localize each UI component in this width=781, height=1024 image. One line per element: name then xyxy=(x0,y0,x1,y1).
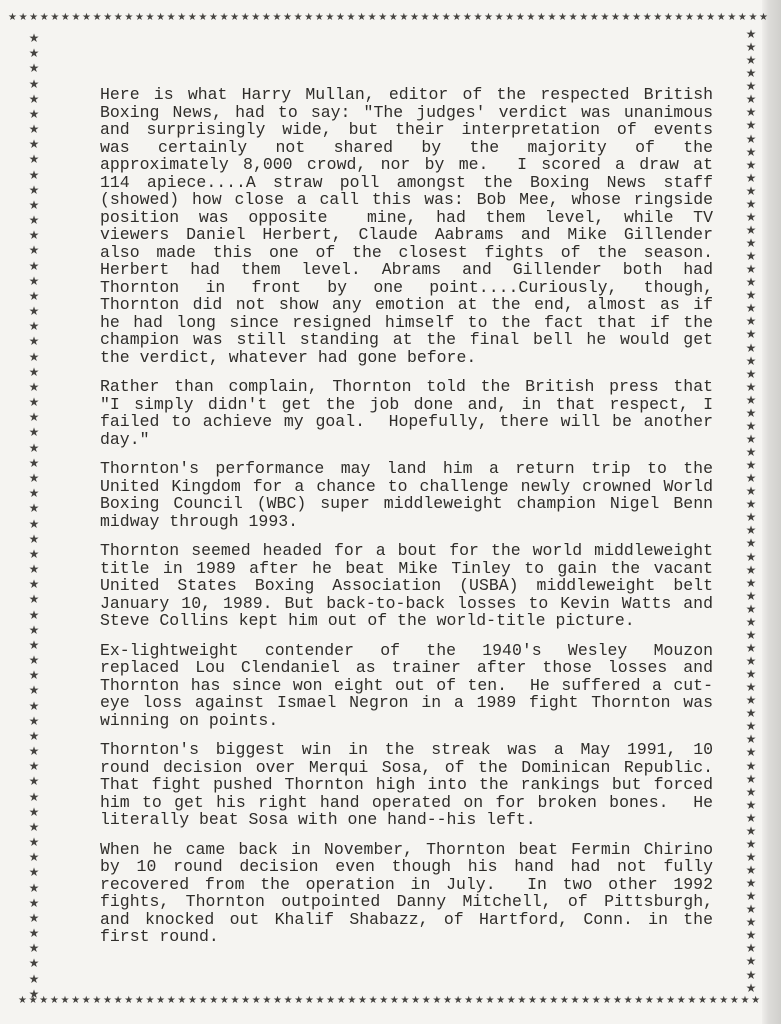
star-icon: ★ xyxy=(746,446,757,458)
text-line: "I simply didn't get the job done and, i… xyxy=(100,396,713,414)
star-icon: ★ xyxy=(719,996,728,1006)
star-icon: ★ xyxy=(29,138,40,150)
star-icon: ★ xyxy=(167,13,176,23)
star-border-left: ★★★★★★★★★★★★★★★★★★★★★★★★★★★★★★★★★★★★★★★★… xyxy=(27,32,41,1000)
star-icon: ★ xyxy=(746,342,757,354)
star-icon: ★ xyxy=(29,518,40,530)
star-icon: ★ xyxy=(443,996,452,1006)
star-icon: ★ xyxy=(29,169,40,181)
paragraph: Here is what Harry Mullan, editor of the… xyxy=(100,86,713,366)
star-icon: ★ xyxy=(29,548,40,560)
star-icon: ★ xyxy=(517,996,526,1006)
star-icon: ★ xyxy=(571,996,580,1006)
star-icon: ★ xyxy=(746,433,757,445)
star-icon: ★ xyxy=(746,263,757,275)
star-icon: ★ xyxy=(29,669,40,681)
text-line: When he came back in November, Thornton … xyxy=(100,841,713,859)
star-icon: ★ xyxy=(61,13,70,23)
star-icon: ★ xyxy=(401,996,410,1006)
text-line: Thornton's biggest win in the streak was… xyxy=(100,741,713,759)
text-line: Thornton has since won eight out of ten.… xyxy=(100,677,713,695)
star-icon: ★ xyxy=(29,654,40,666)
star-icon: ★ xyxy=(486,996,495,1006)
star-icon: ★ xyxy=(746,760,757,772)
star-icon: ★ xyxy=(177,996,186,1006)
star-icon: ★ xyxy=(29,426,40,438)
paragraph: Rather than complain, Thornton told the … xyxy=(100,378,713,448)
star-icon: ★ xyxy=(746,864,757,876)
star-icon: ★ xyxy=(547,13,556,23)
star-icon: ★ xyxy=(71,13,80,23)
star-icon: ★ xyxy=(18,996,27,1006)
star-icon: ★ xyxy=(29,366,40,378)
text-line: replaced Lou Clendaniel as trainer after… xyxy=(100,659,713,677)
star-icon: ★ xyxy=(706,13,715,23)
star-icon: ★ xyxy=(569,13,578,23)
text-line: Rather than complain, Thornton told the … xyxy=(100,378,713,396)
star-icon: ★ xyxy=(653,13,662,23)
star-icon: ★ xyxy=(29,381,40,393)
star-icon: ★ xyxy=(273,996,282,1006)
star-icon: ★ xyxy=(241,13,250,23)
star-icon: ★ xyxy=(746,224,757,236)
star-icon: ★ xyxy=(746,982,757,994)
document-text: Here is what Harry Mullan, editor of the… xyxy=(100,86,713,958)
star-icon: ★ xyxy=(378,13,387,23)
text-line: he had long since resigned himself to th… xyxy=(100,314,713,332)
star-icon: ★ xyxy=(29,593,40,605)
star-icon: ★ xyxy=(746,603,757,615)
star-icon: ★ xyxy=(431,13,440,23)
star-icon: ★ xyxy=(325,13,334,23)
star-icon: ★ xyxy=(93,13,102,23)
text-line: winning on points. xyxy=(100,712,713,730)
text-line: United Kingdom for a chance to challenge… xyxy=(100,478,713,496)
star-icon: ★ xyxy=(746,681,757,693)
star-icon: ★ xyxy=(746,250,757,262)
star-icon: ★ xyxy=(29,533,40,545)
star-icon: ★ xyxy=(741,996,750,1006)
text-line: was certainly not shared by the majority… xyxy=(100,139,713,157)
star-icon: ★ xyxy=(475,996,484,1006)
star-icon: ★ xyxy=(495,13,504,23)
star-icon: ★ xyxy=(549,996,558,1006)
star-icon: ★ xyxy=(304,13,313,23)
star-icon: ★ xyxy=(643,13,652,23)
star-icon: ★ xyxy=(746,407,757,419)
star-icon: ★ xyxy=(103,996,112,1006)
star-icon: ★ xyxy=(198,13,207,23)
star-icon: ★ xyxy=(687,996,696,1006)
star-icon: ★ xyxy=(746,786,757,798)
star-icon: ★ xyxy=(746,969,757,981)
star-icon: ★ xyxy=(29,996,38,1006)
star-icon: ★ xyxy=(40,13,49,23)
text-line: approximately 8,000 crowd, nor by me. I … xyxy=(100,156,713,174)
star-icon: ★ xyxy=(188,996,197,1006)
star-icon: ★ xyxy=(29,715,40,727)
star-icon: ★ xyxy=(209,13,218,23)
text-line: title in 1989 after he beat Mike Tinley … xyxy=(100,560,713,578)
star-icon: ★ xyxy=(411,996,420,1006)
star-icon: ★ xyxy=(746,851,757,863)
star-icon: ★ xyxy=(29,487,40,499)
star-icon: ★ xyxy=(464,996,473,1006)
star-icon: ★ xyxy=(746,198,757,210)
star-icon: ★ xyxy=(746,237,757,249)
star-icon: ★ xyxy=(746,328,757,340)
star-icon: ★ xyxy=(738,13,747,23)
star-icon: ★ xyxy=(29,335,40,347)
star-icon: ★ xyxy=(358,996,367,1006)
star-icon: ★ xyxy=(92,996,101,1006)
text-line: fights, Thornton outpointed Danny Mitche… xyxy=(100,893,713,911)
text-line: United States Boxing Association (USBA) … xyxy=(100,577,713,595)
star-icon: ★ xyxy=(29,882,40,894)
star-icon: ★ xyxy=(581,996,590,1006)
star-icon: ★ xyxy=(29,942,40,954)
star-icon: ★ xyxy=(29,214,40,226)
star-icon: ★ xyxy=(746,616,757,628)
star-icon: ★ xyxy=(746,773,757,785)
star-border-top: ★★★★★★★★★★★★★★★★★★★★★★★★★★★★★★★★★★★★★★★★… xyxy=(8,13,769,23)
star-icon: ★ xyxy=(624,996,633,1006)
text-line: January 10, 1989. But back-to-back losse… xyxy=(100,595,713,613)
star-icon: ★ xyxy=(29,866,40,878)
star-icon: ★ xyxy=(746,524,757,536)
star-icon: ★ xyxy=(29,836,40,848)
star-icon: ★ xyxy=(284,996,293,1006)
star-icon: ★ xyxy=(326,996,335,1006)
star-icon: ★ xyxy=(484,13,493,23)
star-icon: ★ xyxy=(746,146,757,158)
paragraph: Thornton's performance may land him a re… xyxy=(100,460,713,530)
star-icon: ★ xyxy=(746,185,757,197)
text-line: Herbert had them level. Abrams and Gille… xyxy=(100,261,713,279)
star-icon: ★ xyxy=(29,13,38,23)
star-icon: ★ xyxy=(50,13,59,23)
star-icon: ★ xyxy=(746,420,757,432)
star-icon: ★ xyxy=(61,996,70,1006)
star-icon: ★ xyxy=(29,472,40,484)
star-icon: ★ xyxy=(29,47,40,59)
star-icon: ★ xyxy=(746,159,757,171)
star-icon: ★ xyxy=(251,13,260,23)
star-icon: ★ xyxy=(746,276,757,288)
star-icon: ★ xyxy=(656,996,665,1006)
star-icon: ★ xyxy=(746,642,757,654)
star-icon: ★ xyxy=(600,13,609,23)
star-icon: ★ xyxy=(103,13,112,23)
star-icon: ★ xyxy=(156,996,165,1006)
star-icon: ★ xyxy=(613,996,622,1006)
star-icon: ★ xyxy=(746,668,757,680)
star-icon: ★ xyxy=(746,890,757,902)
text-line: champion was still standing at the final… xyxy=(100,331,713,349)
star-icon: ★ xyxy=(29,457,40,469)
text-line: the verdict, whatever had gone before. xyxy=(100,349,713,367)
star-icon: ★ xyxy=(82,13,91,23)
star-icon: ★ xyxy=(698,996,707,1006)
text-line: literally beat Sosa with one hand--his l… xyxy=(100,811,713,829)
star-icon: ★ xyxy=(746,942,757,954)
star-icon: ★ xyxy=(746,838,757,850)
star-icon: ★ xyxy=(29,320,40,332)
star-icon: ★ xyxy=(746,106,757,118)
star-icon: ★ xyxy=(71,996,80,1006)
star-icon: ★ xyxy=(746,54,757,66)
star-icon: ★ xyxy=(29,93,40,105)
star-icon: ★ xyxy=(746,302,757,314)
star-icon: ★ xyxy=(746,289,757,301)
star-icon: ★ xyxy=(135,996,144,1006)
star-icon: ★ xyxy=(29,260,40,272)
paragraph: Ex-lightweight contender of the 1940's W… xyxy=(100,642,713,730)
star-icon: ★ xyxy=(746,877,757,889)
text-line: round decision over Merqui Sosa, of the … xyxy=(100,759,713,777)
star-icon: ★ xyxy=(696,13,705,23)
star-icon: ★ xyxy=(674,13,683,23)
star-icon: ★ xyxy=(29,305,40,317)
star-icon: ★ xyxy=(29,108,40,120)
star-icon: ★ xyxy=(746,28,757,40)
star-icon: ★ xyxy=(29,78,40,90)
star-icon: ★ xyxy=(230,13,239,23)
star-icon: ★ xyxy=(29,912,40,924)
star-icon: ★ xyxy=(454,996,463,1006)
star-icon: ★ xyxy=(746,825,757,837)
star-icon: ★ xyxy=(272,13,281,23)
text-line: Boxing Council (WBC) super middleweight … xyxy=(100,495,713,513)
text-line: failed to achieve my goal. Hopefully, th… xyxy=(100,413,713,431)
star-icon: ★ xyxy=(29,700,40,712)
star-icon: ★ xyxy=(746,394,757,406)
star-icon: ★ xyxy=(746,511,757,523)
star-icon: ★ xyxy=(29,199,40,211)
star-icon: ★ xyxy=(746,799,757,811)
text-line: and knocked out Khalif Shabazz, of Hartf… xyxy=(100,911,713,929)
star-icon: ★ xyxy=(746,707,757,719)
star-icon: ★ xyxy=(590,13,599,23)
star-border-right: ★★★★★★★★★★★★★★★★★★★★★★★★★★★★★★★★★★★★★★★★… xyxy=(744,28,758,994)
star-icon: ★ xyxy=(452,13,461,23)
star-icon: ★ xyxy=(283,13,292,23)
star-icon: ★ xyxy=(746,41,757,53)
star-icon: ★ xyxy=(294,996,303,1006)
star-icon: ★ xyxy=(746,211,757,223)
star-icon: ★ xyxy=(29,624,40,636)
star-icon: ★ xyxy=(29,411,40,423)
star-icon: ★ xyxy=(135,13,144,23)
star-icon: ★ xyxy=(29,351,40,363)
star-icon: ★ xyxy=(29,927,40,939)
star-icon: ★ xyxy=(634,996,643,1006)
star-icon: ★ xyxy=(746,93,757,105)
text-line: Thornton in front by one point....Curiou… xyxy=(100,279,713,297)
star-icon: ★ xyxy=(29,745,40,757)
star-icon: ★ xyxy=(220,996,229,1006)
star-icon: ★ xyxy=(560,996,569,1006)
star-icon: ★ xyxy=(262,13,271,23)
star-icon: ★ xyxy=(315,13,324,23)
star-icon: ★ xyxy=(231,996,240,1006)
star-icon: ★ xyxy=(188,13,197,23)
star-icon: ★ xyxy=(526,13,535,23)
star-icon: ★ xyxy=(592,996,601,1006)
paragraph: Thornton seemed headed for a bout for th… xyxy=(100,542,713,630)
star-icon: ★ xyxy=(29,639,40,651)
star-icon: ★ xyxy=(746,80,757,92)
paragraph: Thornton's biggest win in the streak was… xyxy=(100,741,713,829)
star-icon: ★ xyxy=(727,13,736,23)
star-icon: ★ xyxy=(717,13,726,23)
star-icon: ★ xyxy=(39,996,48,1006)
star-icon: ★ xyxy=(29,62,40,74)
text-line: him to get his right hand operated on fo… xyxy=(100,794,713,812)
star-icon: ★ xyxy=(746,733,757,745)
star-icon: ★ xyxy=(442,13,451,23)
star-icon: ★ xyxy=(19,13,28,23)
star-icon: ★ xyxy=(746,355,757,367)
text-line: position was opposite mine, had them lev… xyxy=(100,209,713,227)
text-line: viewers Daniel Herbert, Claude Aabrams a… xyxy=(100,226,713,244)
star-icon: ★ xyxy=(294,13,303,23)
star-icon: ★ xyxy=(209,996,218,1006)
star-icon: ★ xyxy=(252,996,261,1006)
star-icon: ★ xyxy=(730,996,739,1006)
text-line: (showed) how close a call this was: Bob … xyxy=(100,191,713,209)
star-icon: ★ xyxy=(29,821,40,833)
star-icon: ★ xyxy=(177,13,186,23)
star-icon: ★ xyxy=(516,13,525,23)
star-icon: ★ xyxy=(124,13,133,23)
star-icon: ★ xyxy=(746,655,757,667)
star-icon: ★ xyxy=(357,13,366,23)
text-line: Here is what Harry Mullan, editor of the… xyxy=(100,86,713,104)
star-icon: ★ xyxy=(496,996,505,1006)
star-icon: ★ xyxy=(746,720,757,732)
star-icon: ★ xyxy=(29,563,40,575)
star-icon: ★ xyxy=(421,13,430,23)
star-icon: ★ xyxy=(379,996,388,1006)
star-icon: ★ xyxy=(29,806,40,818)
star-border-bottom: ★★★★★★★★★★★★★★★★★★★★★★★★★★★★★★★★★★★★★★★★… xyxy=(18,996,761,1006)
text-line: Thornton did not show any emotion at the… xyxy=(100,296,713,314)
star-icon: ★ xyxy=(746,694,757,706)
star-icon: ★ xyxy=(746,381,757,393)
star-icon: ★ xyxy=(746,498,757,510)
star-icon: ★ xyxy=(316,996,325,1006)
star-icon: ★ xyxy=(746,577,757,589)
star-icon: ★ xyxy=(82,996,91,1006)
star-icon: ★ xyxy=(645,996,654,1006)
star-icon: ★ xyxy=(709,996,718,1006)
text-line: That fight pushed Thornton high into the… xyxy=(100,776,713,794)
star-icon: ★ xyxy=(347,996,356,1006)
star-icon: ★ xyxy=(746,916,757,928)
star-icon: ★ xyxy=(611,13,620,23)
star-icon: ★ xyxy=(746,459,757,471)
star-icon: ★ xyxy=(746,67,757,79)
star-icon: ★ xyxy=(114,13,123,23)
star-icon: ★ xyxy=(167,996,176,1006)
star-icon: ★ xyxy=(146,13,155,23)
star-icon: ★ xyxy=(473,13,482,23)
star-icon: ★ xyxy=(50,996,59,1006)
paragraph: When he came back in November, Thornton … xyxy=(100,841,713,946)
text-line: eye loss against Ismael Negron in a 1989… xyxy=(100,694,713,712)
star-icon: ★ xyxy=(528,996,537,1006)
star-icon: ★ xyxy=(602,996,611,1006)
star-icon: ★ xyxy=(746,929,757,941)
text-line: Ex-lightweight contender of the 1940's W… xyxy=(100,642,713,660)
star-icon: ★ xyxy=(29,791,40,803)
star-icon: ★ xyxy=(29,396,40,408)
star-icon: ★ xyxy=(220,13,229,23)
star-icon: ★ xyxy=(399,13,408,23)
star-icon: ★ xyxy=(746,590,757,602)
star-icon: ★ xyxy=(305,996,314,1006)
star-icon: ★ xyxy=(664,13,673,23)
star-icon: ★ xyxy=(746,564,757,576)
star-icon: ★ xyxy=(29,123,40,135)
star-icon: ★ xyxy=(29,153,40,165)
star-icon: ★ xyxy=(746,955,757,967)
star-icon: ★ xyxy=(666,996,675,1006)
star-icon: ★ xyxy=(262,996,271,1006)
star-icon: ★ xyxy=(336,13,345,23)
text-line: also made this one of the closest fights… xyxy=(100,244,713,262)
star-icon: ★ xyxy=(539,996,548,1006)
text-line: day." xyxy=(100,431,713,449)
star-icon: ★ xyxy=(746,629,757,641)
star-icon: ★ xyxy=(241,996,250,1006)
star-icon: ★ xyxy=(146,996,155,1006)
scanned-document-page: ★★★★★★★★★★★★★★★★★★★★★★★★★★★★★★★★★★★★★★★★… xyxy=(0,0,781,1024)
star-icon: ★ xyxy=(29,851,40,863)
star-icon: ★ xyxy=(746,903,757,915)
star-icon: ★ xyxy=(29,502,40,514)
star-icon: ★ xyxy=(746,119,757,131)
star-icon: ★ xyxy=(8,13,17,23)
star-icon: ★ xyxy=(746,746,757,758)
text-line: Boxing News, had to say: "The judges' ve… xyxy=(100,104,713,122)
star-icon: ★ xyxy=(746,133,757,145)
star-icon: ★ xyxy=(746,172,757,184)
star-icon: ★ xyxy=(29,244,40,256)
star-icon: ★ xyxy=(29,229,40,241)
star-icon: ★ xyxy=(29,760,40,772)
star-icon: ★ xyxy=(685,13,694,23)
star-icon: ★ xyxy=(390,996,399,1006)
star-icon: ★ xyxy=(29,988,40,1000)
star-icon: ★ xyxy=(29,442,40,454)
star-icon: ★ xyxy=(29,897,40,909)
star-icon: ★ xyxy=(29,275,40,287)
star-icon: ★ xyxy=(410,13,419,23)
text-line: recovered from the operation in July. In… xyxy=(100,876,713,894)
star-icon: ★ xyxy=(505,13,514,23)
star-icon: ★ xyxy=(748,13,757,23)
text-line: Thornton seemed headed for a bout for th… xyxy=(100,542,713,560)
star-icon: ★ xyxy=(622,13,631,23)
star-icon: ★ xyxy=(368,13,377,23)
star-icon: ★ xyxy=(29,957,40,969)
star-icon: ★ xyxy=(537,13,546,23)
star-icon: ★ xyxy=(746,472,757,484)
star-icon: ★ xyxy=(29,775,40,787)
star-icon: ★ xyxy=(746,315,757,327)
